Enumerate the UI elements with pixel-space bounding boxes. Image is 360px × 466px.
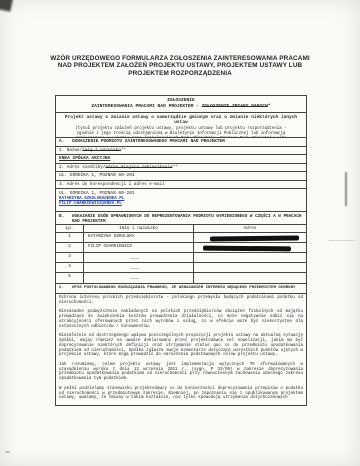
- scanned-page: WZÓR URZĘDOWEGO FORMULARZA ZGŁOSZENIA ZA…: [0, 0, 360, 466]
- scan-corner-artifact: [0, 0, 13, 12]
- field-correspondence-label: 3. Adres do korespondencji i adres e-mai…: [56, 181, 306, 189]
- body-paragraph: W pełni podzielamy stanowisko projektoda…: [59, 387, 303, 402]
- field-name-label-prefix: 1. Nazwa/: [59, 148, 82, 153]
- footnote-mark: **: [172, 165, 177, 170]
- person-name: FILIP CHARKIEWICZ: [84, 243, 194, 252]
- field-address-label: 2. Adres siedziby/adres miejsca zamieszk…: [56, 164, 306, 172]
- row-number: 2: [56, 243, 84, 252]
- table-row: 3: [56, 253, 306, 263]
- footnote-mark: **: [121, 148, 126, 153]
- field-address-value: UL. GÓRECKA 1, POZNAŃ 60-201: [56, 172, 306, 181]
- table-body: 1 KATARZYNA SZKULSKA 2 FILIP CHARKIEWICZ…: [56, 233, 306, 283]
- body-paragraph: Jak rozumiemy, celem projektu ustawy jes…: [59, 363, 303, 382]
- section-c-body: Ochrona interesu polskich przedsiębiorst…: [56, 294, 306, 405]
- form-box: ZGŁOSZENIE ZAINTERESOWANIA PRACAMI NAD P…: [55, 95, 307, 406]
- section-a-header: A. OZNACZENIE PODMIOTU ZAINTERESOWANEGO …: [56, 138, 306, 147]
- section-c-title: OPIS POSTULOWANEGO ROZWIĄZANIA PRAWNEGO,…: [72, 284, 306, 293]
- section-c-header: C. OPIS POSTULOWANEGO ROZWIĄZANIA PRAWNE…: [56, 284, 306, 294]
- row-number: 4: [56, 263, 84, 272]
- person-address: [194, 273, 306, 283]
- section-b-title: WSKAZANIE OSÓB UPRAWNIONYCH DO REPREZENT…: [72, 214, 306, 225]
- row-number: 1: [56, 233, 84, 242]
- person-address: [194, 253, 306, 262]
- table-row: 1 KATARZYNA SZKULSKA: [56, 233, 306, 243]
- section-b-label: B.: [56, 214, 72, 225]
- field-name-value: ENEA SPÓŁKA AKCYJNA: [56, 155, 306, 164]
- column-header-lp: Lp.: [56, 225, 84, 232]
- person-address: [194, 243, 306, 252]
- field-address-label-prefix: 2. Adres siedziby/: [59, 165, 105, 170]
- body-paragraph: Niezależnie od dostrzeganego wpływu posz…: [59, 334, 303, 358]
- project-title-note: (tytuł projektu założeń projektu ustawy,…: [56, 126, 306, 138]
- body-paragraph: Niezasadne podwyższenie nakładanych na p…: [59, 310, 303, 329]
- person-name: [84, 273, 194, 283]
- form-header-line2: ZAINTERESOWANIA PRACAMI NAD PROJEKTEM - …: [56, 104, 306, 110]
- table-row: 5: [56, 273, 306, 283]
- column-header-name: Imię i nazwisko: [84, 225, 194, 232]
- person-address: [194, 233, 306, 242]
- email-list: KATARZYNA.SZKULSKA@ENEA.PLFILIP.CHARKIEW…: [59, 197, 306, 207]
- redaction-bar: [203, 245, 291, 250]
- paragraph-list: Ochrona interesu polskich przedsiębiorst…: [59, 296, 303, 401]
- section-a-label: A.: [56, 138, 72, 146]
- section-c-label: C.: [56, 284, 72, 293]
- table-header-row: Lp. Imię i nazwisko Adres: [56, 225, 306, 233]
- redaction-bar: [210, 235, 299, 241]
- form-header-line2-struck: ZGŁOSZENIE ZMIANY DANYCH: [202, 104, 268, 109]
- document-title: WZÓR URZĘDOWEGO FORMULARZA ZGŁOSZENIA ZA…: [50, 55, 310, 77]
- form-header: ZGŁOSZENIE ZAINTERESOWANIA PRACAMI NAD P…: [56, 96, 306, 113]
- project-title: Projekt ustawy o zmianie ustawy o samorz…: [56, 115, 306, 126]
- section-a-title: OZNACZENIE PODMIOTU ZAINTERESOWANEGO PRA…: [72, 138, 306, 146]
- email-link[interactable]: FILIP.CHARKIEWICZ@ENEA.PL: [59, 202, 306, 207]
- scan-speck-artifact: [5, 451, 10, 453]
- row-number: 3: [56, 253, 84, 262]
- table-row: 4: [56, 263, 306, 273]
- scan-scratch-artifact: [329, 240, 355, 241]
- scan-edge-artifact: [345, 172, 347, 206]
- section-b-header: B. WSKAZANIE OSÓB UPRAWNIONYCH DO REPREZ…: [56, 212, 306, 225]
- person-name: [84, 253, 194, 262]
- project-subject-row: Projekt ustawy o zmianie ustawy o samorz…: [56, 113, 306, 138]
- field-correspondence-value: UL. GÓRECKA 1, POZNAŃ 60-201 KATARZYNA.S…: [56, 189, 306, 212]
- person-name: [84, 263, 194, 272]
- field-name-label: 1. Nazwa/imię i nazwisko**: [56, 147, 306, 155]
- form-header-line2-prefix: ZAINTERESOWANIA PRACAMI NAD PROJEKTEM -: [91, 104, 201, 109]
- body-paragraph: Ochrona interesu polskich przedsiębiorst…: [59, 296, 303, 306]
- field-name-label-struck: imię i nazwisko: [82, 148, 121, 153]
- person-name: KATARZYNA SZKULSKA: [84, 233, 194, 242]
- column-header-address: Adres: [194, 225, 306, 232]
- person-address: [194, 263, 306, 272]
- row-number: 5: [56, 273, 84, 283]
- field-address-label-struck: adres miejsca zamieszkania: [105, 165, 172, 170]
- footnote-mark: *: [268, 104, 271, 109]
- representatives-table: Lp. Imię i nazwisko Adres 1 KATARZYNA SZ…: [56, 225, 306, 284]
- table-row: 2 FILIP CHARKIEWICZ: [56, 243, 306, 253]
